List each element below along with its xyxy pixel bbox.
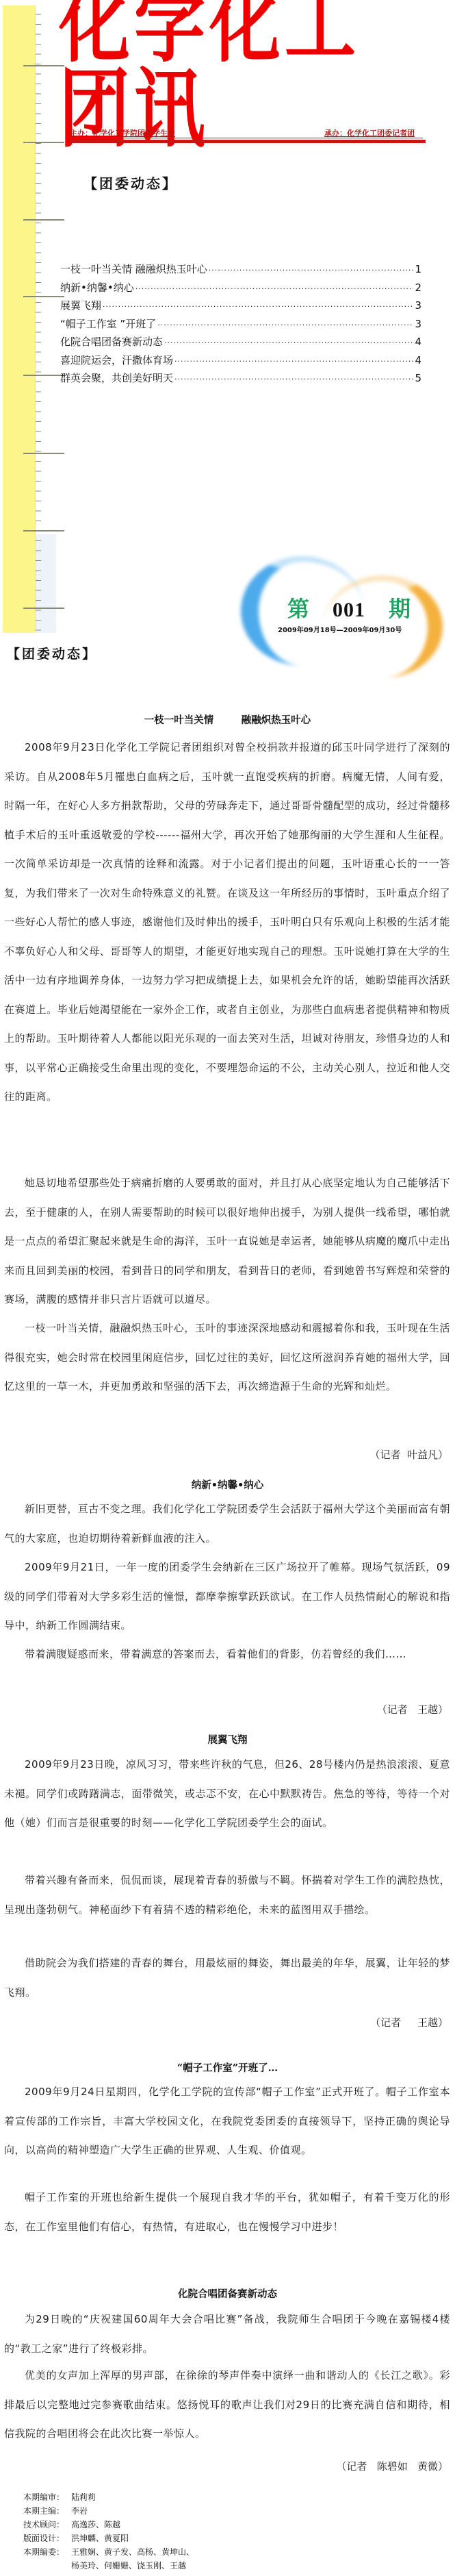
issue-badge: 第 001 期 2009年09月18号—2009年09月30号 (241, 553, 443, 634)
article-paragraph: 她恳切地希望那些处于病痛折磨的人要勇敢的面对，并且打从心底坚定地认为自己能够活下… (4, 1168, 450, 1314)
body-section-tag: 【团委动态】 (7, 644, 97, 662)
ruler-major-tick (23, 219, 64, 221)
article-paragraph: 带着兴趣有备而来，侃侃而谈，展现着青春的骄傲与不羁。怀揣着对学生工作的满腔热忱，… (4, 1866, 450, 1924)
toc-item-title: 展翼飞翔 (60, 297, 101, 315)
issue-prefix: 第 (287, 592, 309, 623)
credit-value: 高逸莎、陈越 (71, 2518, 120, 2531)
toc-item[interactable]: 化院合唱团备赛新动态4 (60, 333, 421, 351)
toc-item-title: 群英会聚，共创美好明天 (60, 369, 173, 388)
credit-label: 版面设计： (23, 2531, 71, 2545)
article-byline: （记者 陈碧如 黄微） (336, 2459, 448, 2473)
ruler-major-tick (23, 530, 64, 532)
credit-label: 技术顾问： (23, 2518, 71, 2531)
article-paragraph: 优美的女声加上浑厚的男声部，在徐徐的琴声伴奏中演绎一曲和谐动人的《长江之歌》。彩… (4, 2361, 450, 2449)
masthead: 化学化工团讯 (59, 15, 428, 118)
credit-label: 本期编审： (23, 2490, 71, 2504)
article-paragraph: 2008年9月23日化学化工学院记者团组织对曾全校捐款并报道的邱玉叶同学进行了深… (4, 733, 450, 1112)
toc-item-page: 1 (415, 260, 421, 279)
article-title: 一枝一叶当关情 融融炽热玉叶心 (0, 712, 455, 727)
toc-item-title: 喜迎院运会，汗撒体育场 (60, 351, 173, 370)
toc-leader-dots (174, 353, 413, 371)
vertical-ruler[interactable] (3, 5, 36, 633)
cover-section-tag: 【团委动态】 (83, 173, 178, 192)
sponsor-left: 主办：化学化工学院团委学生会 (69, 127, 183, 138)
toc-item[interactable]: 展翼飞翔3 (60, 297, 421, 315)
credit-row: 杨美玲、何姗姗、饶玉刚、王越 (23, 2559, 194, 2573)
toc-item-title: 一枝一叶当关情 融融炽热玉叶心 (60, 260, 207, 279)
article-title: 展翼飞翔 (0, 1732, 455, 1747)
credit-row: 本期编委：王雅娴、黄子发、高杨、黄坤山、 (23, 2545, 194, 2559)
toc-item-page: 4 (415, 351, 421, 370)
credit-value: 李岩 (71, 2504, 88, 2518)
masthead-divider (69, 140, 426, 143)
toc-item[interactable]: “帽子工作室 ”开班了3 (60, 315, 421, 334)
toc-item[interactable]: 喜迎院运会，汗撒体育场4 (60, 351, 421, 370)
article-title: “帽子工作室”开班了… (0, 2060, 455, 2075)
ruler-major-tick (23, 453, 64, 454)
article-byline: （记者 王越） (377, 1702, 448, 1716)
article-paragraph: 新旧更替，亘古不变之理。我们化学化工学院团委学生会活跃于福州大学这个美丽而富有朝… (4, 1495, 450, 1553)
credit-label: 本期编委： (23, 2545, 71, 2559)
credit-value: 王雅娴、黄子发、高杨、黄坤山、 (71, 2545, 194, 2559)
sponsor-right: 承办：化学化工团委记者团 (324, 127, 423, 138)
article-title: 化院合唱团备赛新动态 (0, 2286, 455, 2301)
toc-item-page: 3 (415, 315, 421, 334)
article-paragraph: 2009年9月24日星期四，化学化工学院的宣传部“帽子工作室”正式开班了。帽子工… (4, 2077, 450, 2165)
ruler-major-tick (23, 296, 64, 297)
toc-leader-dots (157, 316, 413, 335)
issue-date-range: 2009年09月18号—2009年09月30号 (278, 624, 402, 634)
ruler-major-tick (23, 142, 64, 143)
toc-leader-dots (209, 262, 413, 280)
article-title: 纳新•纳馨•纳心 (0, 1477, 455, 1492)
ruler-ticks (36, 5, 56, 633)
toc-item-title: 化院合唱团备赛新动态 (60, 333, 163, 351)
article-paragraph: 带着满腹疑惑而来，带着满意的答案而去，看着他们的背影，仿若曾经的我们…… (4, 1640, 450, 1669)
article-paragraph: 帽子工作室的开班也给新生提供一个展现自我才华的平台，犹如帽子，有着千变万化的形态… (4, 2183, 450, 2241)
toc-leader-dots (164, 334, 413, 353)
credit-value: 陆莉莉 (71, 2490, 96, 2504)
credit-row: 本期编审：陆莉莉 (23, 2490, 194, 2504)
toc-leader-dots (103, 298, 413, 316)
sponsor-row: 主办：化学化工学院团委学生会 承办：化学化工团委记者团 (69, 127, 423, 138)
table-of-contents: 一枝一叶当关情 融融炽热玉叶心 1 纳新•纳馨•纳心2 展翼飞翔3 “帽子工作室… (60, 260, 421, 388)
ruler-major-tick (23, 375, 64, 376)
credit-label: 本期主编： (23, 2504, 71, 2518)
ruler-major-tick (23, 65, 64, 66)
article-paragraph: 2009年9月21日，一年一度的团委学生会纳新在三区广场拉开了帷幕。现场气氛活跃… (4, 1553, 450, 1640)
toc-item-page: 3 (415, 297, 421, 315)
toc-item[interactable]: 一枝一叶当关情 融融炽热玉叶心 1 (60, 260, 421, 279)
credit-row: 本期主编：李岩 (23, 2504, 194, 2518)
article-byline: （记者 叶益凡） (369, 1447, 448, 1462)
cover-page: 化学化工团讯 主办：化学化工学院团委学生会 承办：化学化工团委记者团 【团委动态… (0, 0, 455, 633)
credit-label (23, 2559, 71, 2573)
toc-item[interactable]: 纳新•纳馨•纳心2 (60, 279, 421, 297)
toc-leader-dots (174, 371, 413, 389)
toc-item-page: 2 (415, 279, 421, 297)
toc-leader-dots (135, 280, 413, 299)
article-paragraph: 为29日晚的“庆祝建国60周年大会合唱比赛”备战，我院师生合唱团于今晚在嘉锡楼4… (4, 2305, 450, 2363)
article-byline: （记者 王越） (370, 2015, 448, 2029)
issue-number: 001 (333, 599, 365, 622)
toc-item[interactable]: 群英会聚，共创美好明天5 (60, 369, 421, 388)
credit-row: 技术顾问：高逸莎、陈越 (23, 2518, 194, 2531)
toc-item-title: “帽子工作室 ”开班了 (60, 315, 156, 334)
article-paragraph: 2009年9月23日晚，凉风习习，带来些许秋的气息，但26、28号楼内仍是热浪滚… (4, 1750, 450, 1838)
credit-row: 版面设计：洪坤麟、黄夏阳 (23, 2531, 194, 2545)
issue-suffix: 期 (389, 592, 411, 623)
article-paragraph: 一枝一叶当关情，融融炽热玉叶心，玉叶的事迹深深地感动和震撼着你和我，玉叶现在生活… (4, 1314, 450, 1401)
article-paragraph: 借助院会为我们搭建的青春的舞台，用最炫丽的舞姿，舞出最美的年华，展翼，让年轻的梦… (4, 1949, 450, 2007)
issue-number-line: 第 001 期 (287, 592, 411, 623)
toc-item-page: 5 (415, 369, 421, 388)
toc-item-title: 纳新•纳馨•纳心 (60, 279, 134, 297)
credit-value: 洪坤麟、黄夏阳 (71, 2531, 129, 2545)
editorial-credits: 本期编审：陆莉莉 本期主编：李岩 技术顾问：高逸莎、陈越 版面设计：洪坤麟、黄夏… (23, 2490, 194, 2573)
ruler-major-tick (23, 608, 64, 609)
toc-item-page: 4 (415, 333, 421, 351)
credit-value: 杨美玲、何姗姗、饶玉刚、王越 (71, 2559, 186, 2573)
